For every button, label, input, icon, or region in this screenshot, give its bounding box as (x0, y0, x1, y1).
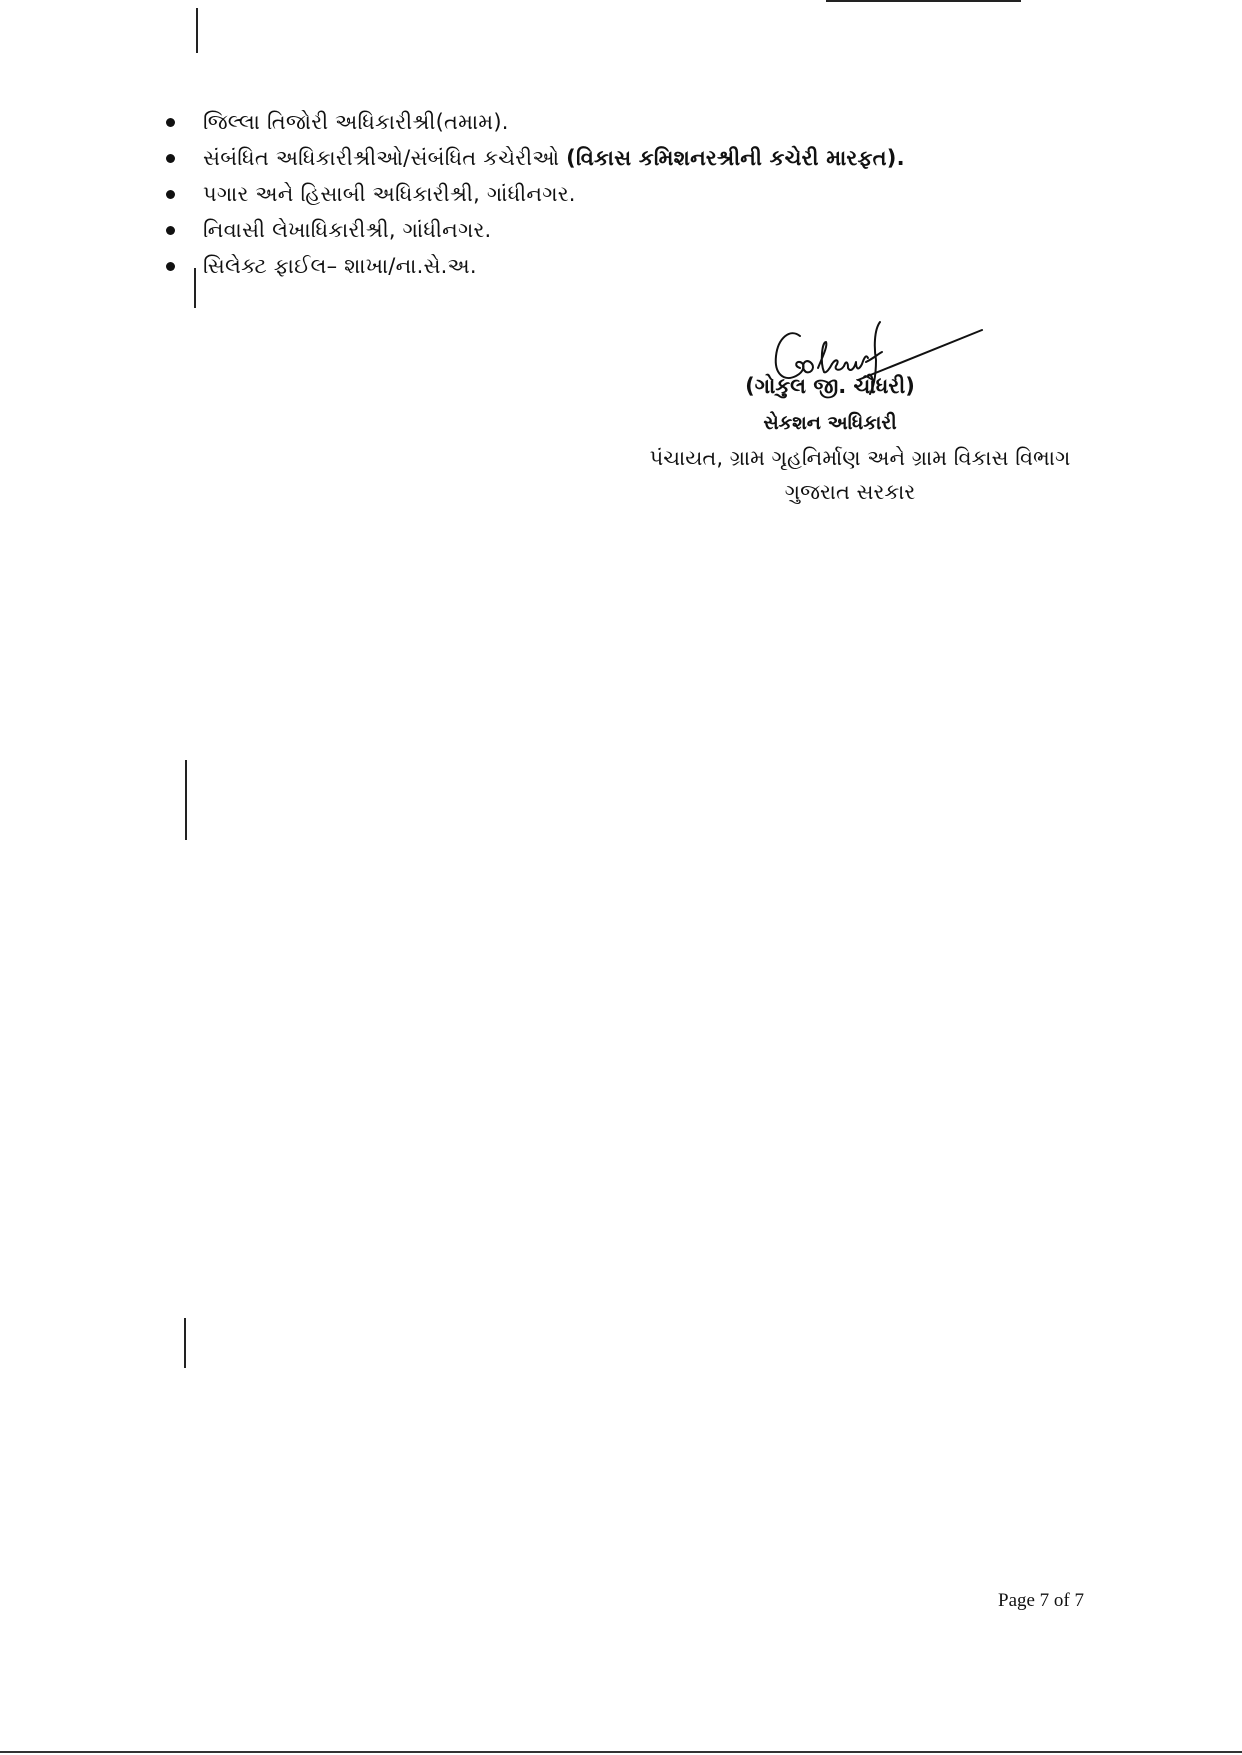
copy-to-text: પગાર અને હિસાબી અધિકારીશ્રી, ગાંધીનગર. (203, 182, 576, 206)
bullet-icon (166, 118, 175, 127)
copy-to-text: સિલેક્ટ ફાઈલ– શાખા/ના.સે.અ. (203, 254, 477, 278)
scan-edge-mark (185, 760, 187, 840)
scan-bottom-edge (0, 1751, 1242, 1753)
signatory-designation: સેકશન અધિકારી (680, 412, 980, 434)
scan-edge-mark (196, 8, 198, 53)
bullet-icon (166, 190, 175, 199)
bullet-icon (166, 226, 175, 235)
copy-to-bold-text: (વિકાસ કમિશનરશ્રીની કચેરી મારફત). (566, 146, 905, 170)
copy-to-text: જિલ્લા તિજોરી અધિકારીશ્રી(તમામ). (203, 110, 509, 134)
scan-edge-mark (184, 1318, 186, 1368)
page-number: Page 7 of 7 (998, 1590, 1084, 1612)
signatory-government: ગુજરાત સરકાર (680, 480, 1020, 505)
copy-to-item: સંબંધિત અધિકારીશ્રીઓ/સંબંધિત કચેરીઓ (વિક… (166, 140, 905, 176)
copy-to-text: સંબંધિત અધિકારીશ્રીઓ/સંબંધિત કચેરીઓ (203, 146, 566, 170)
signatory-department: પંચાયત, ગ્રામ ગૃહનિર્માણ અને ગ્રામ વિકાસ… (600, 446, 1120, 471)
bullet-icon (166, 262, 175, 271)
copy-to-item: સિલેક્ટ ફાઈલ– શાખા/ના.સે.અ. (166, 248, 905, 284)
copy-to-text: નિવાસી લેખાધિકારીશ્રી, ગાંધીનગર. (203, 218, 491, 242)
copy-to-list: જિલ્લા તિજોરી અધિકારીશ્રી(તમામ). સંબંધિત… (166, 104, 905, 284)
copy-to-item: નિવાસી લેખાધિકારીશ્રી, ગાંધીનગર. (166, 212, 905, 248)
signatory-name: (ગોકુલ જી. ચૌધરી) (680, 374, 980, 399)
copy-to-item: જિલ્લા તિજોરી અધિકારીશ્રી(તમામ). (166, 104, 905, 140)
copy-to-item: પગાર અને હિસાબી અધિકારીશ્રી, ગાંધીનગર. (166, 176, 905, 212)
scan-edge-mark (826, 0, 1021, 2)
bullet-icon (166, 154, 175, 163)
